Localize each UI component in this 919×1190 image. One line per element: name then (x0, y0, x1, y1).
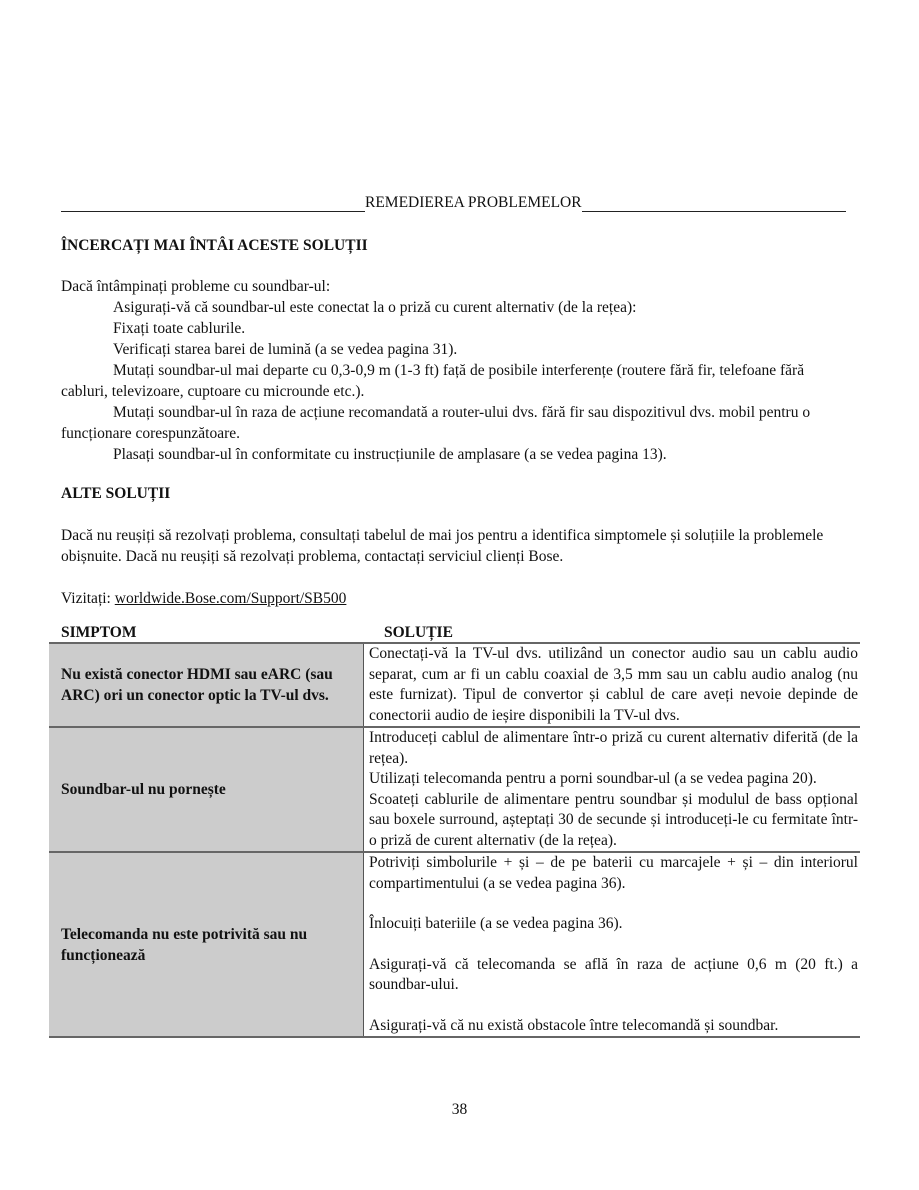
table-header: SIMPTOM SOLUȚIE (61, 623, 846, 642)
first-solution-item: Fixați toate cablurile. (61, 318, 846, 339)
solution-cell: Potriviți simbolurile + și – de pe bater… (364, 852, 861, 1037)
table-row: Telecomanda nu este potrivită sau nu fun… (49, 852, 860, 1037)
solution-text: Asigurați-vă că telecomanda se află în r… (369, 955, 858, 996)
page-number: 38 (0, 1101, 919, 1119)
symptom-cell: Telecomanda nu este potrivită sau nu fun… (49, 852, 364, 1037)
first-solution-item: Verificați starea barei de lumină (a se … (61, 339, 846, 360)
spacer (369, 894, 858, 914)
section-title: REMEDIEREA PROBLEMELOR (365, 194, 582, 212)
first-solution-item: Plasați soundbar-ul în conformitate cu i… (61, 444, 846, 465)
symptom-cell: Soundbar-ul nu pornește (49, 727, 364, 852)
table-row: Nu există conector HDMI sau eARC (sau AR… (49, 643, 860, 727)
solution-cell: Introduceți cablul de alimentare într-o … (364, 727, 861, 852)
section-header: REMEDIEREA PROBLEMELOR (61, 192, 846, 212)
first-solutions-heading: ÎNCERCAȚI MAI ÎNTÂI ACESTE SOLUȚII (61, 236, 846, 256)
support-link[interactable]: worldwide.Bose.com/Support/SB500 (115, 590, 347, 607)
solution-column-header: SOLUȚIE (384, 623, 846, 642)
header-rule-left (61, 197, 365, 212)
header-rule-right (582, 197, 846, 212)
solution-text: Introduceți cablul de alimentare într-o … (369, 728, 858, 769)
solution-text: Conectați-vă la TV-ul dvs. utilizând un … (369, 644, 858, 726)
solution-text: Potriviți simbolurile + și – de pe bater… (369, 853, 858, 894)
table-row: Soundbar-ul nu pornește Introduceți cabl… (49, 727, 860, 852)
other-solutions-paragraph: Dacă nu reușiți să rezolvați problema, c… (61, 525, 846, 567)
solution-text: Înlocuiți bateriile (a se vedea pagina 3… (369, 914, 858, 935)
solution-cell: Conectați-vă la TV-ul dvs. utilizând un … (364, 643, 861, 727)
troubleshooting-table: Nu există conector HDMI sau eARC (sau AR… (49, 642, 860, 1038)
document-page: REMEDIEREA PROBLEMELOR ÎNCERCAȚI MAI ÎNT… (61, 192, 846, 1038)
spacer (369, 935, 858, 955)
first-solution-item: Mutați soundbar-ul în raza de acțiune re… (61, 402, 846, 444)
symptom-cell: Nu există conector HDMI sau eARC (sau AR… (49, 643, 364, 727)
symptom-column-header: SIMPTOM (61, 623, 384, 642)
visit-label: Vizitați: (61, 590, 115, 607)
first-solution-item: Asigurați-vă că soundbar-ul este conecta… (61, 297, 846, 318)
visit-line: Vizitați: worldwide.Bose.com/Support/SB5… (61, 588, 846, 609)
solution-text: Scoateți cablurile de alimentare pentru … (369, 790, 858, 852)
spacer (369, 996, 858, 1016)
first-solution-item: Mutați soundbar-ul mai departe cu 0,3-0,… (61, 360, 846, 402)
solution-text: Asigurați-vă că nu există obstacole într… (369, 1016, 858, 1037)
solution-text: Utilizați telecomanda pentru a porni sou… (369, 769, 858, 790)
other-solutions-heading: ALTE SOLUȚII (61, 484, 846, 504)
first-solutions-intro: Dacă întâmpinați probleme cu soundbar-ul… (61, 276, 846, 297)
